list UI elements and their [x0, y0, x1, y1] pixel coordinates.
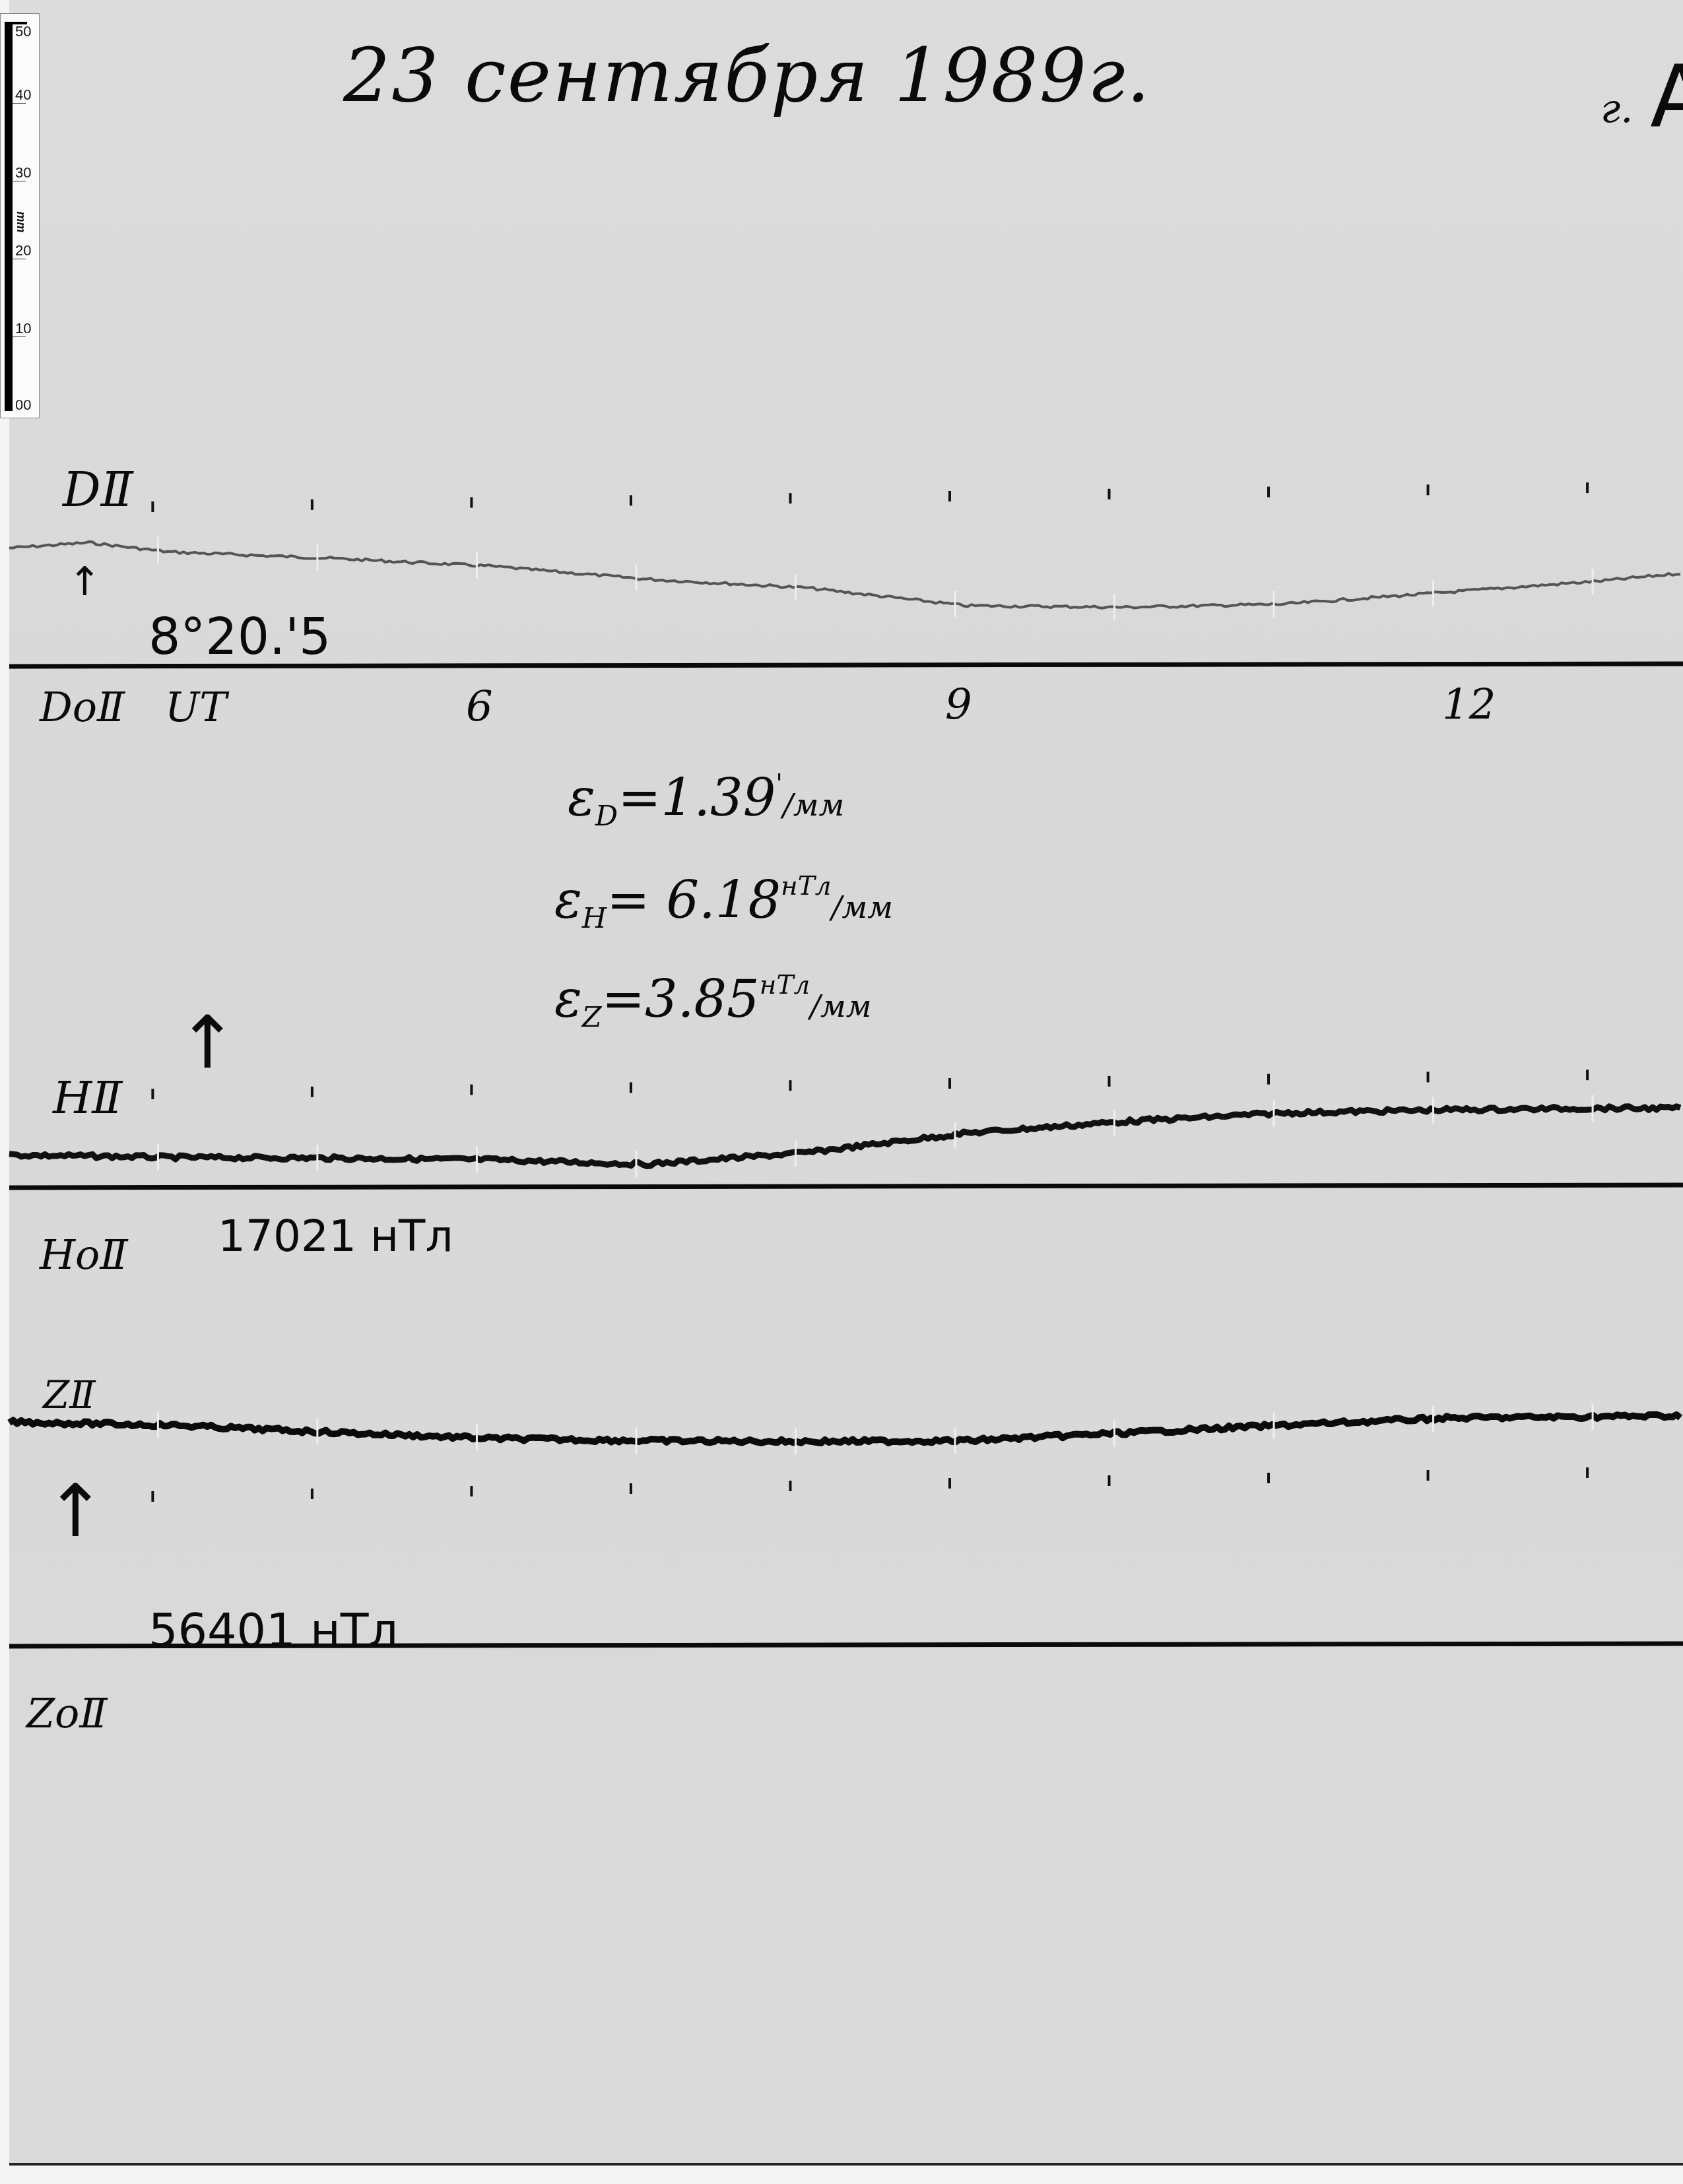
- scale-unit-sup: нТл: [781, 872, 832, 901]
- z-baseline-label: ZoⅡ: [26, 1689, 108, 1737]
- chart-title-date: 23 сентября 1989г.: [343, 33, 1151, 119]
- z-baseline-value: 56401 нТл: [148, 1603, 398, 1657]
- channel-label-z: ZⅡ: [43, 1372, 96, 1417]
- scale-sub: Z: [582, 1001, 602, 1034]
- scale-value: = 6.18: [607, 871, 781, 930]
- trace-d: [9, 542, 1680, 608]
- baseline-h: [9, 1185, 1683, 1188]
- scale-factor-d: εD=1.39'/мм: [568, 769, 844, 833]
- scale-unit: /мм: [832, 890, 893, 926]
- scale-sub: H: [582, 902, 607, 935]
- scale-factor-z: εZ=3.85нТл/мм: [554, 970, 872, 1034]
- magnetogram-chart: [0, 0, 1683, 2184]
- scale-value: =1.39: [618, 769, 775, 828]
- scale-unit: /мм: [783, 788, 844, 823]
- trace-h: [9, 1107, 1680, 1167]
- up-arrow-icon: ↑: [45, 1475, 106, 1547]
- epsilon-symbol: ε: [554, 970, 582, 1029]
- epsilon-symbol: ε: [568, 769, 595, 828]
- scale-sub: D: [595, 800, 618, 833]
- hour-label-12: 12: [1442, 681, 1496, 730]
- location-initial: А: [1650, 46, 1683, 146]
- scale-value: =3.85: [602, 970, 760, 1029]
- channel-label-d: DⅡ: [63, 462, 133, 517]
- scale-unit: /мм: [810, 989, 871, 1025]
- trace-z: [9, 1415, 1680, 1443]
- d-baseline-label: DoⅡ: [40, 683, 125, 731]
- epsilon-symbol: ε: [554, 871, 582, 930]
- up-arrow-icon: ↑: [68, 562, 101, 602]
- hour-label-9: 9: [945, 681, 972, 730]
- scale-unit-sup: ': [775, 769, 783, 799]
- channel-label-h: HⅡ: [53, 1072, 123, 1124]
- hour-label-6: 6: [466, 683, 493, 732]
- up-arrow-icon: ↑: [177, 1006, 238, 1079]
- h-baseline-value: 17021 нТл: [218, 1211, 453, 1262]
- scale-unit-sup: нТл: [760, 971, 810, 1000]
- d-baseline-value: 8°20.'5: [148, 607, 331, 666]
- scale-factor-h: εH= 6.18нТл/мм: [554, 871, 893, 935]
- time-axis-label: UT: [165, 683, 227, 731]
- location-prefix: г.: [1600, 86, 1633, 132]
- h-baseline-label: HoⅡ: [40, 1231, 128, 1279]
